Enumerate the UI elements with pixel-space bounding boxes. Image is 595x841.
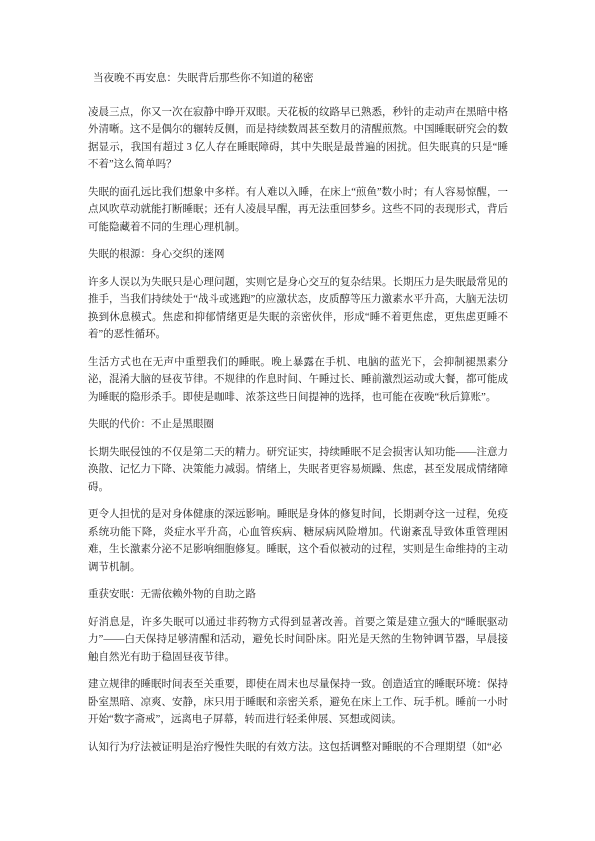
body-paragraph: 许多人误以为失眠只是心理问题，实则它是身心交互的复杂结果。长期压力是失眠最常见的…	[88, 274, 508, 344]
section-heading-costs: 失眠的代价：不止是黑眼圈	[88, 416, 508, 434]
body-paragraph: 生活方式也在无声中重塑我们的睡眠。晚上暴露在手机、电脑的蓝光下，会抑制褪黑素分泌…	[88, 354, 508, 407]
section-heading-selfhelp: 重获安眠：无需依赖外物的自助之路	[88, 586, 508, 604]
body-paragraph: 建立规律的睡眠时间表至关重要，即使在周末也尽量保持一致。创造适宜的睡眠环境：保持…	[88, 676, 508, 729]
body-paragraph: 失眠的面孔远比我们想象中多样。有人难以入睡，在床上“煎鱼”数小时；有人容易惊醒，…	[88, 184, 508, 237]
body-paragraph: 更令人担忧的是对身体健康的深远影响。睡眠是身体的修复时间，长期剥夺这一过程，免疫…	[88, 506, 508, 576]
body-paragraph: 长期失眠侵蚀的不仅是第二天的精力。研究证实，持续睡眠不足会损害认知功能——注意力…	[88, 444, 508, 497]
body-paragraph-truncated: 认知行为疗法被证明是治疗慢性失眠的有效方法。这包括调整对睡眠的不合理期望（如“必	[88, 739, 508, 757]
document-page: 当夜晚不再安息：失眠背后那些你不知道的秘密 凌晨三点，你又一次在寂静中睁开双眼。…	[0, 0, 595, 841]
body-paragraph: 凌晨三点，你又一次在寂静中睁开双眼。天花板的纹路早已熟悉，秒针的走动声在黑暗中格…	[88, 104, 508, 174]
document-title: 当夜晚不再安息：失眠背后那些你不知道的秘密	[88, 70, 508, 88]
section-heading-causes: 失眠的根源：身心交织的迷网	[88, 246, 508, 264]
body-paragraph: 好消息是，许多失眠可以通过非药物方式得到显著改善。首要之策是建立强大的“睡眠驱动…	[88, 614, 508, 667]
